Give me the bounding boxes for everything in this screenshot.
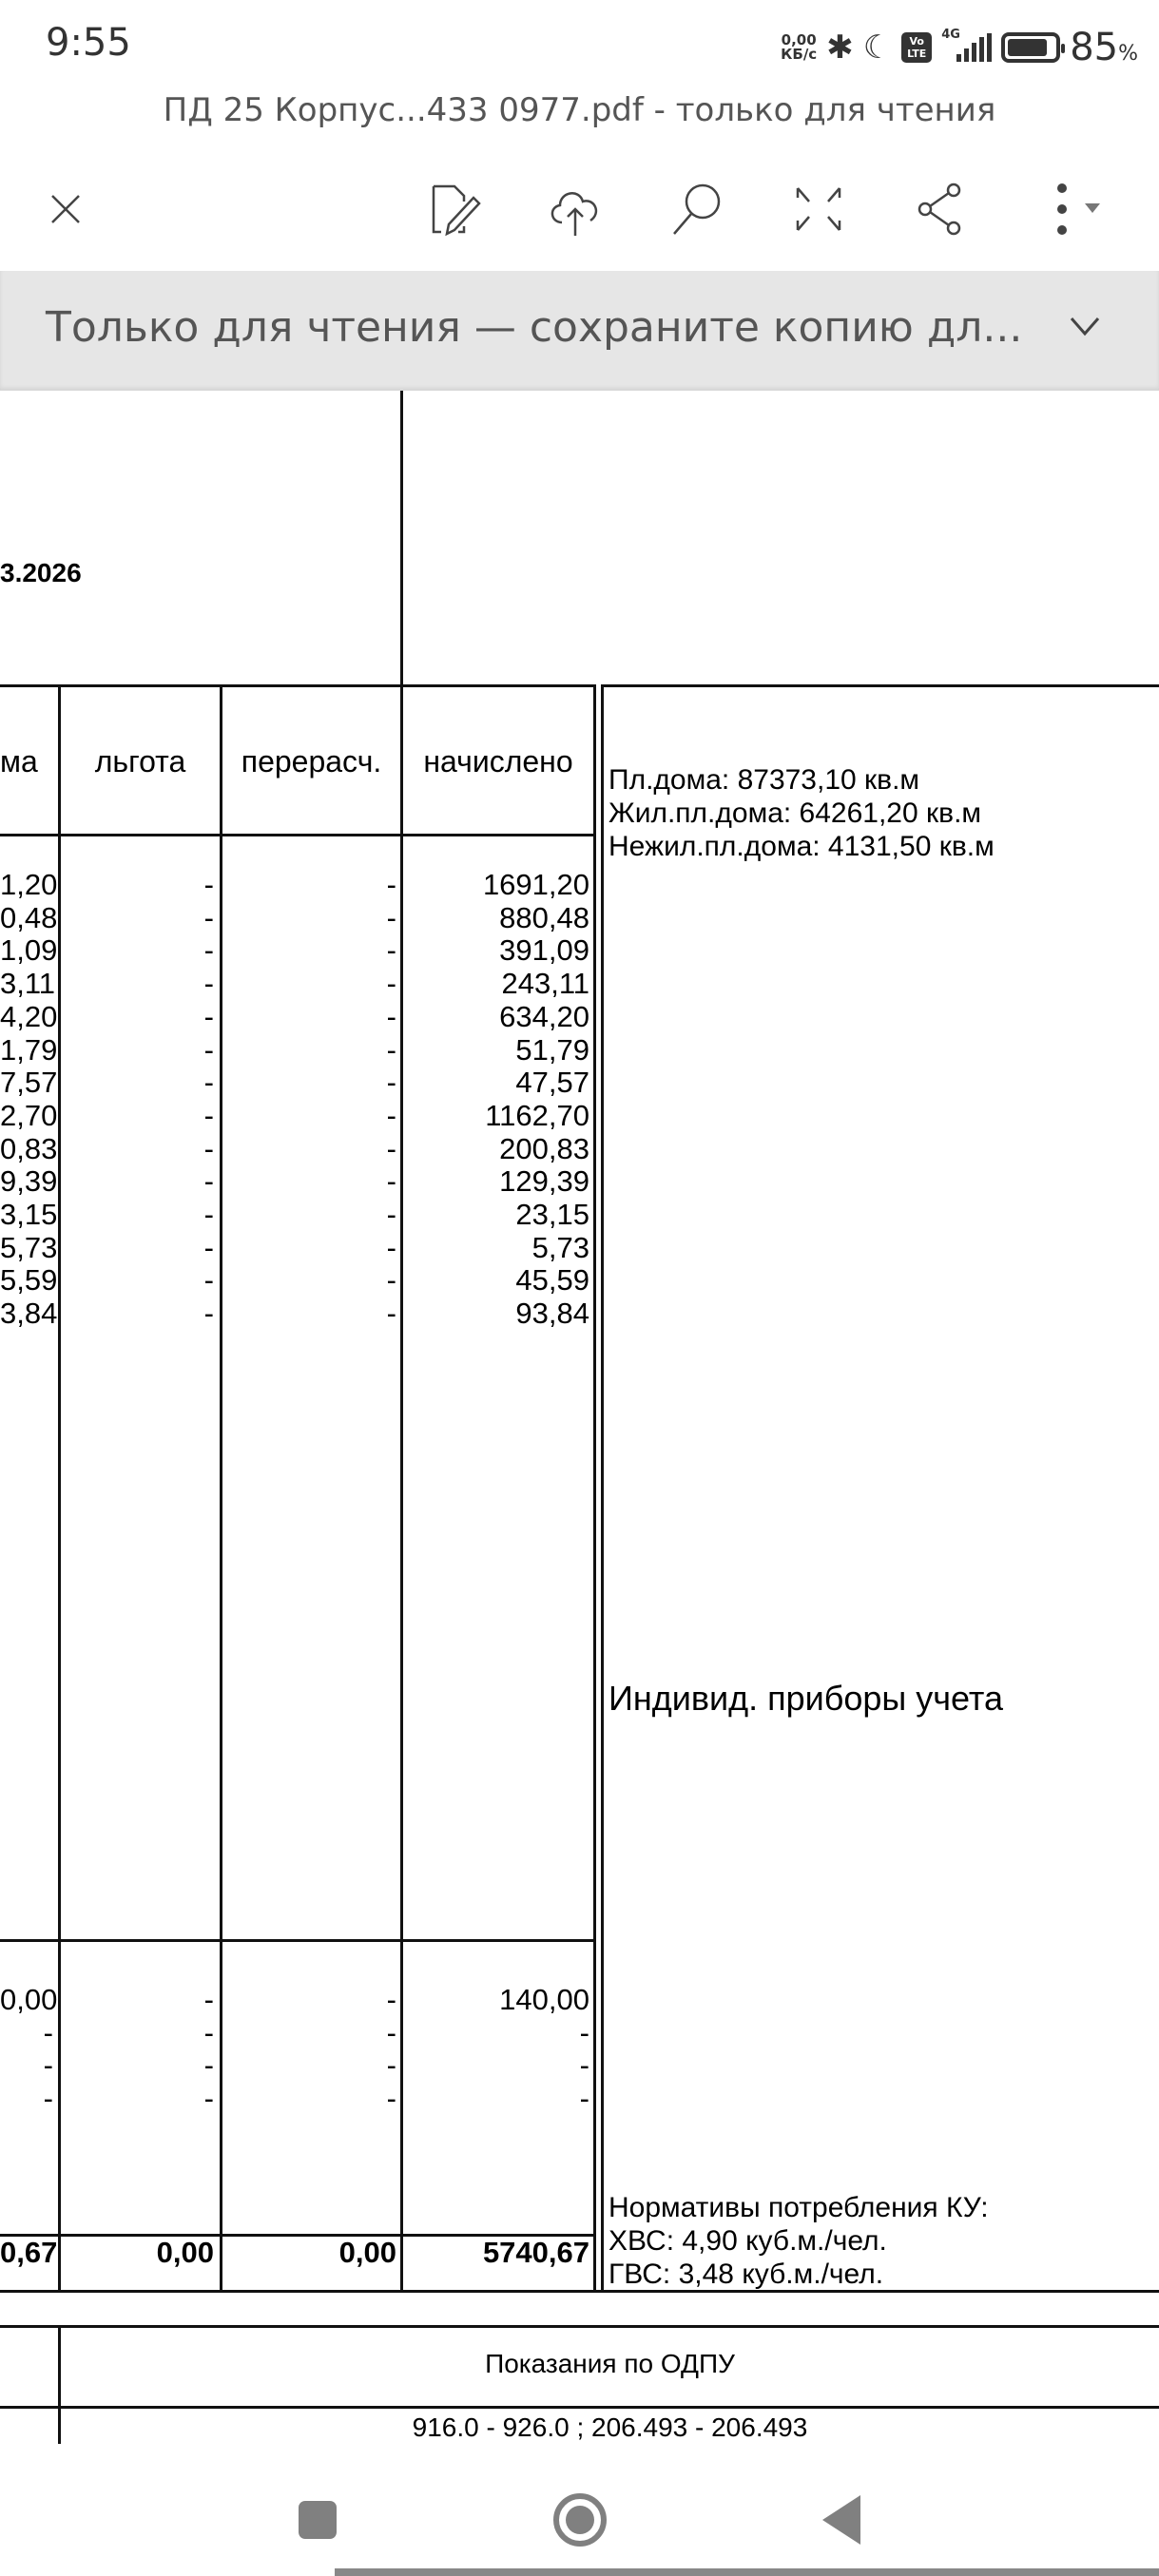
cell-pereraschet: - — [222, 933, 396, 967]
individual-meters-heading: Индивид. приборы учета — [608, 1679, 1003, 1719]
column-header-nachisleno: начислено — [403, 744, 593, 779]
cell-summa: 0,83 — [0, 1132, 53, 1165]
cell-summa: 1,09 — [0, 933, 53, 967]
cell-pereraschet: - — [222, 1297, 396, 1330]
cell-lgota: - — [61, 1033, 214, 1067]
divider — [601, 684, 604, 2293]
cloud-upload-icon — [545, 181, 606, 238]
divider — [0, 684, 596, 687]
battery-percent-value: 85 — [1070, 26, 1118, 69]
gesture-bar — [335, 2568, 1159, 2576]
recent-apps-icon — [297, 2499, 338, 2541]
chevron-down-icon — [1068, 309, 1102, 343]
cell-lgota: - — [61, 967, 214, 1000]
house-area-living: Жил.пл.дома: 64261,20 кв.м — [608, 797, 995, 830]
cell-nachisleno: 5,73 — [403, 1231, 589, 1264]
cell-lgota: - — [61, 1263, 214, 1297]
cell-summa: 5,59 — [0, 1263, 53, 1297]
divider — [593, 684, 596, 2293]
cell-nachisleno: 391,09 — [403, 933, 589, 967]
toolbar — [0, 152, 1159, 271]
cell-lgota: - — [61, 2016, 214, 2049]
column-header-pereraschet: перерасч. — [222, 744, 400, 779]
house-info: Пл.дома: 87373,10 кв.м Жил.пл.дома: 6426… — [608, 763, 995, 863]
cell-summa: 4,20 — [0, 1000, 53, 1033]
battery-percent-unit: % — [1118, 42, 1138, 66]
cell-summa: 2,70 — [0, 1099, 53, 1132]
volte-icon: VoLTE — [901, 32, 932, 63]
cell-nachisleno: 45,59 — [403, 1263, 589, 1297]
norms-heading: Нормативы потребления КУ: — [608, 2191, 989, 2224]
cell-pereraschet: - — [222, 1132, 396, 1165]
recent-apps-button[interactable] — [280, 2482, 356, 2558]
cell-lgota: - — [61, 1198, 214, 1231]
share-icon — [912, 181, 969, 238]
close-button[interactable] — [32, 176, 99, 242]
column-header-summa: ма — [0, 744, 38, 779]
cell-pereraschet: - — [222, 1164, 396, 1198]
cell-pereraschet: - — [222, 2016, 396, 2049]
share-button[interactable] — [907, 176, 974, 242]
cell-lgota: - — [61, 1066, 214, 1099]
status-icons: 0,00 КБ/с ✱ ☾ VoLTE 4G 85% — [781, 21, 1138, 74]
cell-lgota: - — [61, 1983, 214, 2016]
network-speed-unit: КБ/с — [781, 48, 817, 62]
cell-nachisleno: 140,00 — [403, 1983, 589, 2016]
edit-pdf-icon — [426, 181, 483, 238]
cell-summa: - — [0, 2016, 53, 2049]
total-summa: 0,67 — [0, 2236, 53, 2269]
divider — [0, 834, 596, 836]
fullscreen-icon — [792, 183, 845, 236]
cell-summa: 0,48 — [0, 901, 53, 934]
cell-summa: 7,57 — [0, 1066, 53, 1099]
cell-nachisleno: 200,83 — [403, 1132, 589, 1165]
cell-nachisleno: - — [403, 2016, 589, 2049]
banner-expand-button[interactable] — [1068, 309, 1102, 348]
cloud-upload-button[interactable] — [542, 176, 608, 242]
search-button[interactable] — [664, 176, 730, 242]
house-area-nonliving: Нежил.пл.дома: 4131,50 кв.м — [608, 830, 995, 863]
odpu-values: 916.0 - 926.0 ; 206.493 - 206.493 — [61, 2413, 1159, 2443]
status-time: 9:55 — [46, 21, 131, 65]
cell-pereraschet: - — [222, 901, 396, 934]
more-options-button[interactable] — [1036, 176, 1122, 242]
odpu-heading: Показания по ОДПУ — [61, 2349, 1159, 2379]
back-button[interactable] — [804, 2482, 880, 2558]
cell-lgota: - — [61, 901, 214, 934]
read-only-banner-text: Только для чтения — сохраните копию дл..… — [46, 303, 1022, 352]
consumption-norms: Нормативы потребления КУ: ХВС: 4,90 куб.… — [608, 2191, 989, 2291]
cell-pereraschet: - — [222, 967, 396, 1000]
fullscreen-button[interactable] — [785, 176, 852, 242]
cell-lgota: - — [61, 1132, 214, 1165]
cell-lgota: - — [61, 933, 214, 967]
cell-summa: 5,73 — [0, 1231, 53, 1264]
period-date: 3.2026 — [0, 558, 82, 588]
cell-summa: 9,39 — [0, 1164, 53, 1198]
cell-pereraschet: - — [222, 1198, 396, 1231]
cell-nachisleno: 23,15 — [403, 1198, 589, 1231]
cell-lgota: - — [61, 1164, 214, 1198]
back-icon — [819, 2493, 866, 2547]
cell-pereraschet: - — [222, 2082, 396, 2115]
norm-hot-water: ГВС: 3,48 куб.м./чел. — [608, 2258, 989, 2291]
divider — [0, 2325, 1159, 2328]
cell-nachisleno: 93,84 — [403, 1297, 589, 1330]
cell-nachisleno: - — [403, 2048, 589, 2082]
bluetooth-icon: ✱ — [826, 29, 854, 67]
battery-icon — [1001, 32, 1060, 63]
network-speed: 0,00 КБ/с — [781, 33, 817, 62]
cell-nachisleno: 1162,70 — [403, 1099, 589, 1132]
cell-summa: 0,00 — [0, 1983, 53, 2016]
cell-pereraschet: - — [222, 1000, 396, 1033]
document-title: ПД 25 Корпус...433 0977.pdf - только для… — [0, 91, 1159, 129]
divider — [603, 684, 1159, 687]
cell-pereraschet: - — [222, 1033, 396, 1067]
cell-lgota: - — [61, 1297, 214, 1330]
cell-pereraschet: - — [222, 1263, 396, 1297]
divider — [0, 1939, 596, 1942]
cell-lgota: - — [61, 1231, 214, 1264]
home-button[interactable] — [542, 2482, 618, 2558]
cell-summa: 3,11 — [0, 967, 53, 1000]
cell-nachisleno: 1691,20 — [403, 868, 589, 901]
cell-summa: 3,84 — [0, 1297, 53, 1330]
total-lgota: 0,00 — [61, 2236, 214, 2269]
cell-lgota: - — [61, 868, 214, 901]
close-icon — [47, 190, 85, 228]
home-icon — [551, 2491, 608, 2548]
cell-nachisleno: - — [403, 2082, 589, 2115]
battery-percent: 85% — [1070, 26, 1138, 69]
cell-nachisleno: 880,48 — [403, 901, 589, 934]
4g-signal-icon: 4G — [941, 33, 992, 62]
divider — [400, 391, 403, 687]
divider — [0, 2406, 1159, 2409]
cell-nachisleno: 243,11 — [403, 967, 589, 1000]
cell-summa: 1,79 — [0, 1033, 53, 1067]
edit-pdf-button[interactable] — [421, 176, 488, 242]
house-area-total: Пл.дома: 87373,10 кв.м — [608, 763, 995, 797]
search-icon — [668, 181, 725, 238]
total-nachisleno: 5740,67 — [403, 2236, 589, 2269]
norm-cold-water: ХВС: 4,90 куб.м./чел. — [608, 2224, 989, 2258]
column-header-lgota: льгота — [61, 744, 220, 779]
cell-nachisleno: 51,79 — [403, 1033, 589, 1067]
cell-pereraschet: - — [222, 1983, 396, 2016]
cell-lgota: - — [61, 1000, 214, 1033]
cell-summa: 1,20 — [0, 868, 53, 901]
cell-nachisleno: 129,39 — [403, 1164, 589, 1198]
cell-pereraschet: - — [222, 1099, 396, 1132]
cell-lgota: - — [61, 1099, 214, 1132]
cell-pereraschet: - — [222, 1066, 396, 1099]
pdf-page[interactable]: 3.2026 ма льгота перерасч. начислено 1,2… — [0, 391, 1159, 2444]
cell-lgota: - — [61, 2082, 214, 2115]
cell-pereraschet: - — [222, 2048, 396, 2082]
cell-summa: - — [0, 2048, 53, 2082]
more-options-icon — [1041, 181, 1117, 238]
network-type: 4G — [941, 28, 960, 42]
cell-summa: - — [0, 2082, 53, 2115]
system-nav-bar — [0, 2444, 1159, 2576]
do-not-disturb-moon-icon: ☾ — [863, 29, 892, 67]
cell-summa: 3,15 — [0, 1198, 53, 1231]
cell-nachisleno: 47,57 — [403, 1066, 589, 1099]
cell-nachisleno: 634,20 — [403, 1000, 589, 1033]
cell-pereraschet: - — [222, 868, 396, 901]
cell-lgota: - — [61, 2048, 214, 2082]
cell-pereraschet: - — [222, 1231, 396, 1264]
total-pereraschet: 0,00 — [222, 2236, 396, 2269]
read-only-banner[interactable]: Только для чтения — сохраните копию дл..… — [0, 271, 1159, 391]
